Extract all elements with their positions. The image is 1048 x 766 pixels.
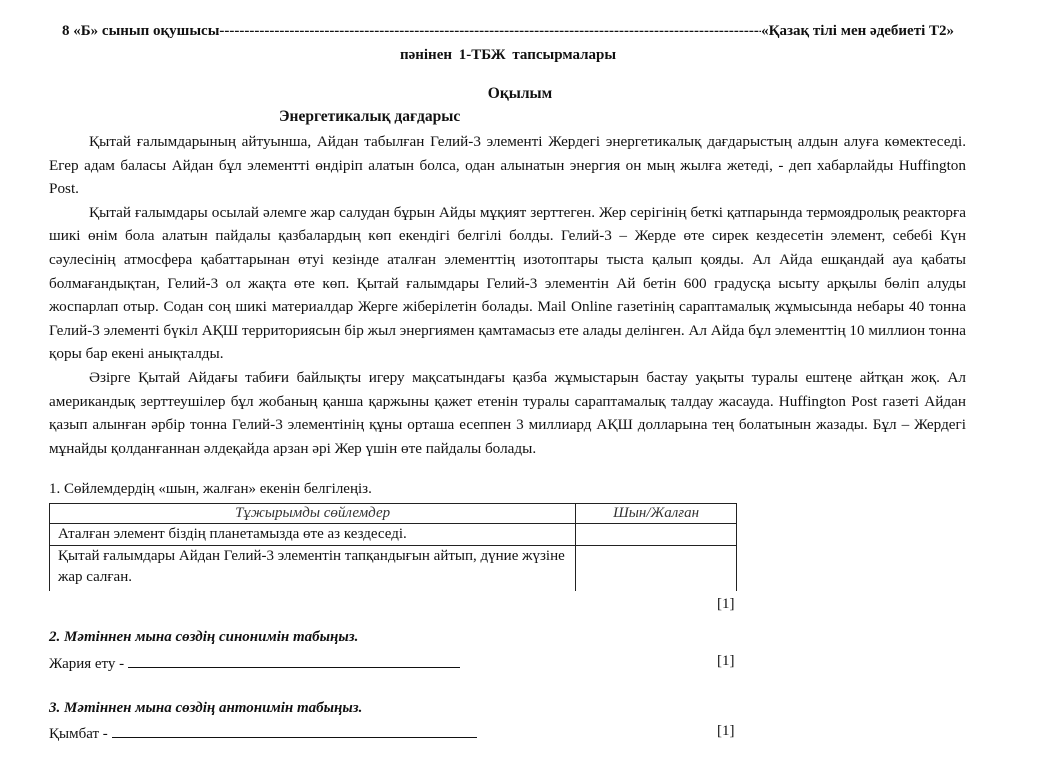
question-3-title: 3. Мәтіннен мына сөздің антонимін табыңы… xyxy=(49,700,362,717)
question-2-line: Жария ету - xyxy=(49,653,460,673)
question-1-score: [1] xyxy=(717,596,735,613)
article-body: Қытай ғалымдарының айтуынша, Айдан табыл… xyxy=(49,130,966,460)
table-header-statements: Тұжырымды сөйлемдер xyxy=(50,504,576,524)
question-2-score: [1] xyxy=(717,653,735,670)
true-false-table: Тұжырымды сөйлемдер Шын/Жалған Аталған э… xyxy=(49,503,737,591)
table-row: Қытай ғалымдары Айдан Гелий-3 элементін … xyxy=(50,546,737,592)
question-2-prompt: Жария ету - xyxy=(49,656,128,672)
article-paragraph: Қытай ғалымдары осылай әлемге жар салуда… xyxy=(49,201,966,366)
section-title: Оқылым xyxy=(0,85,1040,103)
header-line-2: пәнінен 1-ТБЖ тапсырмалары xyxy=(0,47,1016,64)
table-header-answer: Шын/Жалған xyxy=(576,504,737,524)
question-3-prompt: Қымбат - xyxy=(49,726,112,742)
question-2-title: 2. Мәтіннен мына сөздің синонимін табыңы… xyxy=(49,629,358,646)
question-3-score: [1] xyxy=(717,723,735,740)
header-subject: «Қазақ тілі мен әдебиеті Т2» xyxy=(761,23,954,40)
answer-cell[interactable] xyxy=(576,524,737,546)
question-1-title: 1. Сөйлемдердің «шын, жалған» екенін бел… xyxy=(49,481,372,498)
answer-cell[interactable] xyxy=(576,546,737,592)
article-paragraph: Әзірге Қытай Айдағы табиғи байлықты игер… xyxy=(49,366,966,460)
article-paragraph: Қытай ғалымдарының айтуынша, Айдан табыл… xyxy=(49,130,966,201)
statement-cell: Қытай ғалымдары Айдан Гелий-3 элементін … xyxy=(50,546,576,592)
table-row: Аталған элемент біздің планетамызда өте … xyxy=(50,524,737,546)
header-line-1: 8 «Б» сынып оқушысы --------------------… xyxy=(62,23,954,40)
header-class-label: 8 «Б» сынып оқушысы xyxy=(62,23,219,40)
question-3-line: Қымбат - xyxy=(49,723,477,743)
question-2-answer-blank[interactable] xyxy=(128,653,460,668)
table-header-row: Тұжырымды сөйлемдер Шын/Жалған xyxy=(50,504,737,524)
article-title: Энергетикалық дағдарыс xyxy=(279,108,460,126)
question-3-answer-blank[interactable] xyxy=(112,723,477,738)
statement-cell: Аталған элемент біздің планетамызда өте … xyxy=(50,524,576,546)
header-dashes: ----------------------------------------… xyxy=(219,23,761,40)
